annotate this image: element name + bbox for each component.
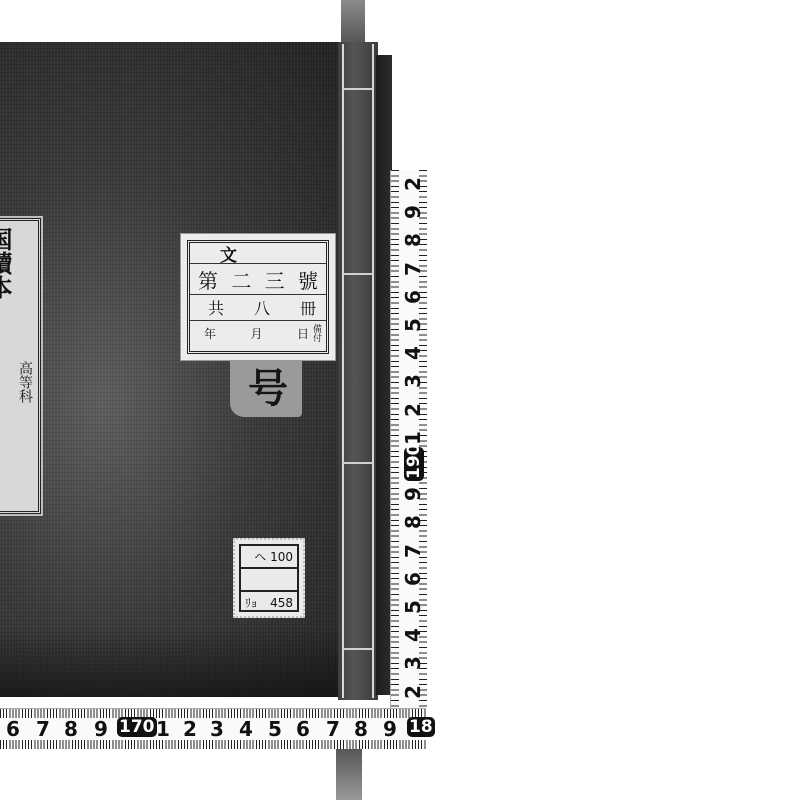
ruler-label: 2 [401,400,425,420]
ruler-label: 7 [326,717,340,741]
spine-tab-top [341,0,365,44]
ruler-label: 9 [383,717,397,741]
label-number-char: 三 [265,265,285,294]
call-sticker-row-3: ﾘｮ 458 [241,592,297,613]
ruler-label: 6 [6,717,20,741]
label-date-note: 備付 [311,324,320,342]
ruler-label: 18 [407,717,435,737]
title-slip-sub-text: 高等科 [18,361,34,403]
ruler-label: 3 [401,653,425,673]
label-category-char: 文 [220,241,237,266]
call-sticker-number: 458 [270,596,293,610]
ruler-label: 7 [401,541,425,561]
ruler-label: 6 [401,569,425,589]
ruler-label: 5 [401,315,425,335]
ruler-label: 3 [210,717,224,741]
ruler-label: 5 [268,717,282,741]
label-row-category: 文 [190,243,326,264]
ruler-ticks [0,740,426,749]
binding-stitch [342,648,374,650]
ruler-label: 8 [401,512,425,532]
ruler-label: 9 [401,484,425,504]
ruler-label: 190 [404,447,424,481]
call-sticker-row-2 [241,569,297,592]
ruler-label: 8 [64,717,78,741]
label-number-char: 號 [298,265,318,294]
ruler-label: 9 [94,717,108,741]
label-number-char: 二 [231,265,251,294]
title-slip: 国讀本 高等科 [0,218,41,514]
ruler-ticks [391,170,399,710]
library-label-frame: 文 第 二 三 號 共 八 冊 年 月 日 備付 [187,240,329,354]
ruler-label: 1 [156,717,170,741]
label-volumes-char: 共 [208,296,224,319]
ruler-label: 6 [401,287,425,307]
call-sticker-row-1: ヘ 100 [241,546,297,569]
ruler-label: 2 [401,174,425,194]
ruler-label: 170 [117,717,157,737]
title-slip-main-text: 国讀本 [0,227,17,299]
ruler-label: 2 [401,682,425,702]
label-volumes-char: 冊 [300,296,316,319]
vertical-ruler: 298765432119098765432 [390,170,427,710]
ruler-label: 9 [401,202,425,222]
ruler-label: 8 [401,230,425,250]
ruler-label: 8 [354,717,368,741]
spine-tab-bottom [336,748,362,800]
label-row-number: 第 二 三 號 [190,264,326,295]
binding-stitch [342,273,374,275]
ruler-label: 3 [401,371,425,391]
ruler-label: 4 [401,625,425,645]
library-label: 文 第 二 三 號 共 八 冊 年 月 日 備付 [180,233,336,361]
binding-stitch [342,88,374,90]
ruler-label: 2 [183,717,197,741]
label-number-char: 第 [198,265,218,294]
label-date-char: 日 [297,325,309,342]
horizontal-ruler: 678917012345678918 [0,708,426,749]
binding-thread [342,44,344,698]
old-patch-character: 号 [248,357,288,414]
binding-stitch [342,462,374,464]
old-label-patch: 号 [230,355,302,417]
ruler-label: 4 [239,717,253,741]
cover-wear-shadow [0,627,345,697]
call-sticker-frame: ヘ 100 ﾘｮ 458 [239,544,299,612]
ruler-label: 4 [401,343,425,363]
label-volumes-char: 八 [254,296,270,319]
binding-thread [372,44,374,698]
label-row-volumes: 共 八 冊 [190,295,326,321]
label-row-date: 年 月 日 備付 [190,321,326,345]
ruler-label: 7 [36,717,50,741]
label-date-char: 年 [204,325,216,342]
call-number-sticker: ヘ 100 ﾘｮ 458 [233,538,305,618]
ruler-label: 5 [401,597,425,617]
call-sticker-prefix: ﾘｮ [245,594,257,611]
ruler-label: 7 [401,259,425,279]
label-date-char: 月 [250,325,262,342]
ruler-label: 6 [296,717,310,741]
